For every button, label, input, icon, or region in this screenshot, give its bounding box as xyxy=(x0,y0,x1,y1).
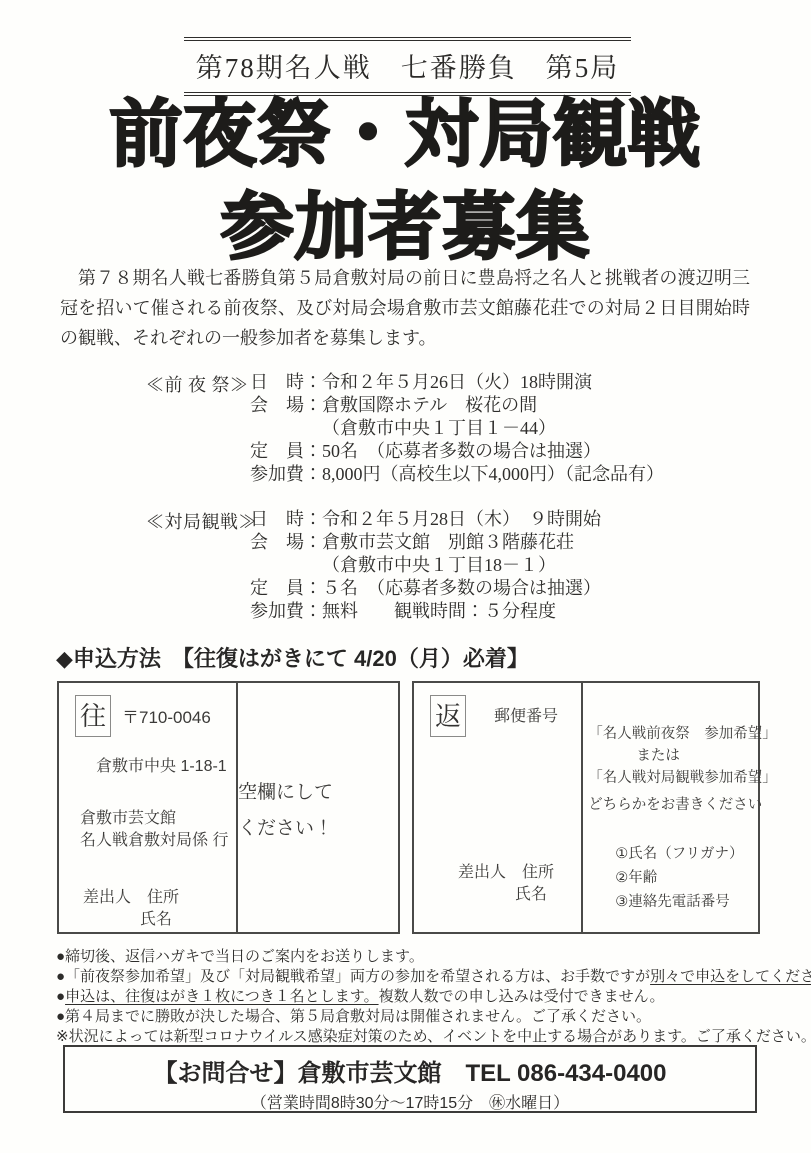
entry-item-age: ②年齢 xyxy=(615,866,758,890)
destination-name-line2: 名人戦倉敷対局係 行 xyxy=(80,827,228,850)
party-datetime: 日 時：令和２年５月26日（火）18時開演 xyxy=(250,371,664,394)
party-venue: 会 場：倉敷国際ホテル 桜花の間 xyxy=(250,394,664,417)
outbound-sender-address-label: 差出人 住所 xyxy=(83,884,179,907)
blank-note-line2: ください！ xyxy=(238,811,333,847)
match-title-text: 第78期名人戦 七番勝負 第5局 xyxy=(196,53,620,83)
party-venue-address: （倉敷市中央１丁目１－44） xyxy=(322,417,664,440)
note-one-per-postcard: ●申込は、往復はがき１枚につき１名とします。複数人数での申し込みは受付できません… xyxy=(56,987,811,1007)
note-covid: ※状況によっては新型コロナウイルス感染症対策のため、イベントを中止する場合があり… xyxy=(56,1027,811,1047)
notes-list: ●締切後、返信ハガキで当日のご案内をお送りします。 ●「前夜祭参加希望」及び「対… xyxy=(56,947,811,1047)
return-sender-name-label: 氏名 xyxy=(515,881,547,904)
outbound-sender-name-label: 氏名 xyxy=(140,906,172,929)
contact-phone-line: 【お問合せ】倉敷市芸文館 TEL 086-434-0400 xyxy=(65,1053,755,1088)
party-fee: 参加費：8,000円（高校生以下4,000円）（記念品有） xyxy=(250,463,664,486)
entry-choices: 「名人戦前夜祭 参加希望」 または 「名人戦対局観戦参加希望」 どちらかをお書き… xyxy=(583,683,758,914)
blank-note: 空欄にして ください！ xyxy=(238,683,398,847)
return-postcard-address-pane: 返 郵便番号 差出人 住所 氏名 xyxy=(414,683,583,932)
postal-code: 〒710-0046 xyxy=(122,703,211,728)
watch-venue: 会 場：倉敷市芸文館 別館３階藤花荘 xyxy=(250,531,601,554)
postal-code-label: 郵便番号 xyxy=(494,703,558,726)
watch-section: ≪対局観戦≫ 日 時：令和２年５月28日（木） ９時開始 会 場：倉敷市芸文館 … xyxy=(146,508,601,623)
return-tag: 返 xyxy=(430,695,466,737)
entry-choice-watch: 「名人戦対局観戦参加希望」 xyxy=(583,767,758,789)
entry-choice-or: または xyxy=(583,745,758,767)
watch-capacity: 定 員：５名 （応募者多数の場合は抽選） xyxy=(250,577,601,600)
entry-choice-party: 「名人戦前夜祭 参加希望」 xyxy=(583,723,758,745)
outbound-postcard: 往 〒710-0046 倉敷市中央 1-18-1 倉敷市芸文館 名人戦倉敷対局係… xyxy=(57,681,400,934)
blank-note-line1: 空欄にして xyxy=(238,775,333,811)
entry-item-name: ①氏名（フリガナ） xyxy=(615,842,758,866)
outbound-postcard-message-pane: 空欄にして ください！ xyxy=(238,683,398,932)
watch-details: 日 時：令和２年５月28日（木） ９時開始 会 場：倉敷市芸文館 別館３階藤花荘… xyxy=(250,508,601,623)
entry-items: ①氏名（フリガナ） ②年齢 ③連絡先電話番号 xyxy=(615,842,758,914)
watch-venue-address: （倉敷市中央１丁目18－１） xyxy=(322,554,601,577)
main-title: 前夜祭・対局観戦 参加者募集 xyxy=(0,88,811,274)
return-sender-address-label: 差出人 住所 xyxy=(458,859,554,882)
destination-name-line1: 倉敷市芸文館 xyxy=(80,805,176,828)
destination-address: 倉敷市中央 1-18-1 xyxy=(96,753,227,776)
watch-datetime: 日 時：令和２年５月28日（木） ９時開始 xyxy=(250,508,601,531)
main-title-line2: 参加者募集 xyxy=(0,181,811,274)
intro-paragraph: 第７８期名人戦七番勝負第５局倉敷対局の前日に豊島将之名人と挑戦者の渡辺明三冠を招… xyxy=(60,263,750,353)
note-cancellation: ●第４局までに勝敗が決した場合、第５局倉敷対局は開催されません。ご了承ください。 xyxy=(56,1007,811,1027)
watch-section-label: ≪対局観戦≫ xyxy=(146,508,250,623)
note-separate-application: ●「前夜祭参加希望」及び「対局観戦希望」両方の参加を希望される方は、お手数ですが… xyxy=(56,967,811,987)
entry-choice-note: どちらかをお書きください xyxy=(583,794,758,816)
party-section-label: ≪前 夜 祭≫ xyxy=(146,371,250,486)
outbound-tag: 往 xyxy=(75,695,111,737)
note-reply-guide: ●締切後、返信ハガキで当日のご案内をお送りします。 xyxy=(56,947,811,967)
flyer-page: 第78期名人戦 七番勝負 第5局 前夜祭・対局観戦 参加者募集 第７８期名人戦七… xyxy=(0,0,811,1153)
party-details: 日 時：令和２年５月26日（火）18時開演 会 場：倉敷国際ホテル 桜花の間 （… xyxy=(250,371,664,486)
apply-method-heading: ◆申込方法 【往復はがきにて 4/20（月）必着】 xyxy=(56,642,529,673)
watch-fee: 参加費：無料 観戦時間：５分程度 xyxy=(250,600,601,623)
entry-item-phone: ③連絡先電話番号 xyxy=(615,890,758,914)
main-title-line1: 前夜祭・対局観戦 xyxy=(0,88,811,181)
contact-box: 【お問合せ】倉敷市芸文館 TEL 086-434-0400 （営業時間8時30分… xyxy=(63,1045,757,1113)
party-capacity: 定 員：50名 （応募者多数の場合は抽選） xyxy=(250,440,664,463)
outbound-postcard-address-pane: 往 〒710-0046 倉敷市中央 1-18-1 倉敷市芸文館 名人戦倉敷対局係… xyxy=(59,683,238,932)
return-postcard: 返 郵便番号 差出人 住所 氏名 「名人戦前夜祭 参加希望」 または 「名人戦対… xyxy=(412,681,760,934)
party-section: ≪前 夜 祭≫ 日 時：令和２年５月26日（火）18時開演 会 場：倉敷国際ホテ… xyxy=(146,371,664,486)
return-postcard-message-pane: 「名人戦前夜祭 参加希望」 または 「名人戦対局観戦参加希望」 どちらかをお書き… xyxy=(583,683,758,932)
contact-hours-line: （営業時間8時30分～17時15分 ㊡水曜日） xyxy=(65,1090,755,1113)
